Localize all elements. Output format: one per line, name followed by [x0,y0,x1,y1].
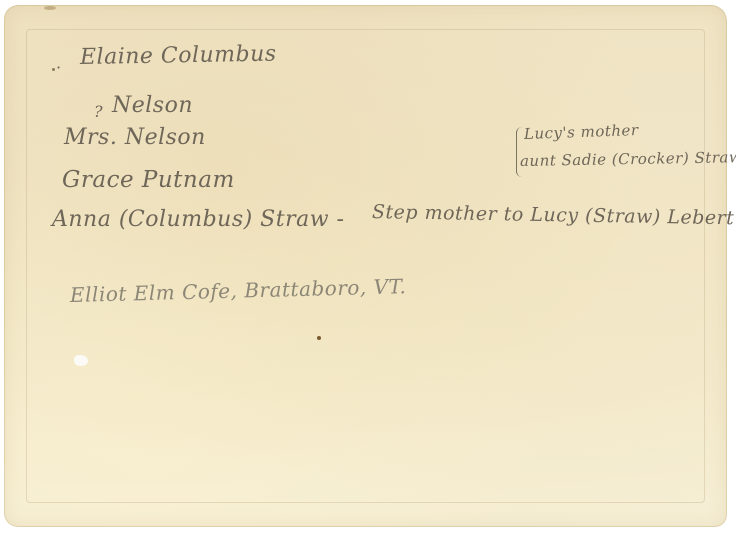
cabinet-card-back: · Elaine Columbus ? Nelson Mrs. Nelson G… [4,5,727,527]
paper-stain [44,6,56,10]
handwritten-name-grace-putnam: Grace Putnam [62,167,235,193]
scanned-card: · Elaine Columbus ? Nelson Mrs. Nelson G… [0,0,736,534]
bullet-mark: · [56,58,62,77]
side-note-aunt-sadie: aunt Sadie (Crocker) Straw [520,148,736,170]
paper-stain [74,355,88,366]
handwritten-name-nelson: Nelson [112,93,193,118]
handwritten-name-mrs-nelson: Mrs. Nelson [64,125,206,150]
handwritten-name-anna-straw: Anna (Columbus) Straw - [52,207,344,232]
paper-stain [52,68,55,71]
paper-stain [317,336,321,340]
question-mark: ? [94,102,103,121]
handwritten-name-elaine-columbus: Elaine Columbus [80,42,277,70]
